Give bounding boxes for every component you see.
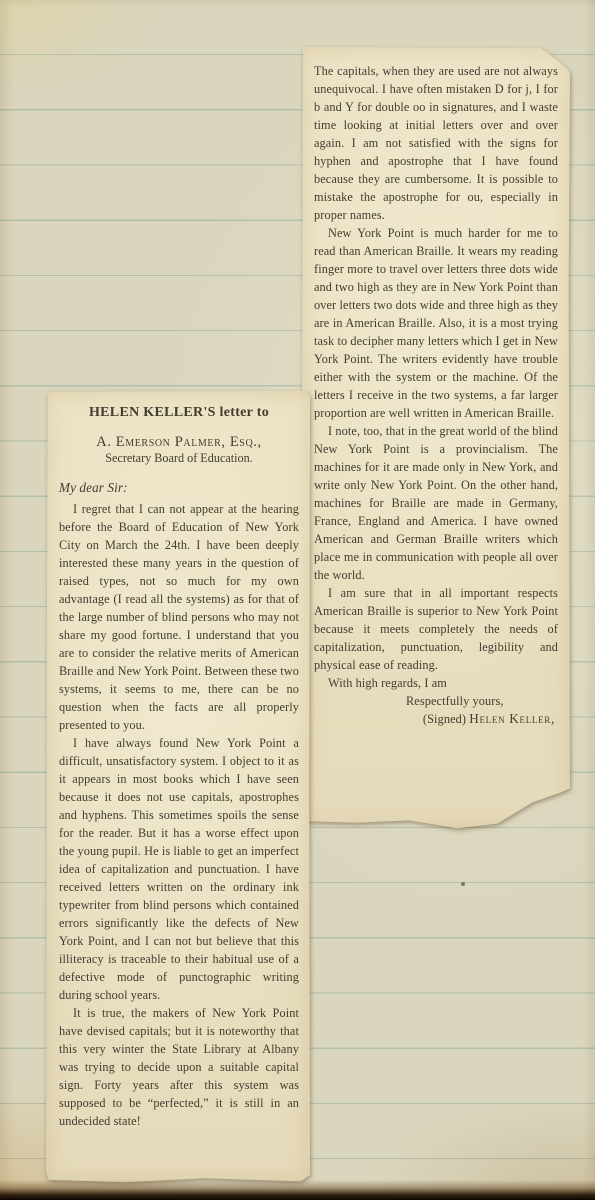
closing-line: With high regards, I am: [314, 674, 558, 692]
addressee-name: A. Emerson Palmer, Esq.,: [59, 434, 299, 451]
scrapbook-page: The capitals, when they are used are not…: [0, 0, 595, 1200]
scan-bottom-edge: [0, 1180, 595, 1200]
paragraph: I note, too, that in the great world of …: [314, 422, 558, 584]
ink-speck: [461, 882, 465, 886]
signature: Helen Keller,: [469, 711, 555, 726]
addressee-title: Secretary Board of Education.: [59, 451, 299, 466]
left-clipping: HELEN KELLER'S letter to A. Emerson Palm…: [46, 391, 310, 1183]
valediction: Respectfully yours,: [314, 692, 558, 710]
paragraph: I regret that I can not appear at the he…: [59, 500, 299, 734]
right-clipping: The capitals, when they are used are not…: [302, 47, 570, 829]
left-clipping-paper: HELEN KELLER'S letter to A. Emerson Palm…: [46, 391, 310, 1183]
salutation: My dear Sir:: [59, 479, 299, 497]
signed-label: (Signed): [423, 712, 466, 726]
paragraph: It is true, the makers of New York Point…: [59, 1004, 299, 1130]
clipping-heading: HELEN KELLER'S letter to: [59, 405, 299, 421]
paragraph: New York Point is much harder for me to …: [314, 224, 558, 422]
right-clipping-paper: The capitals, when they are used are not…: [302, 47, 570, 829]
signature-line: (Signed) Helen Keller,: [314, 710, 558, 728]
paragraph: I have always found New York Point a dif…: [59, 734, 299, 1004]
paragraph: The capitals, when they are used are not…: [314, 62, 558, 224]
paragraph: I am sure that in all important respects…: [314, 584, 558, 674]
